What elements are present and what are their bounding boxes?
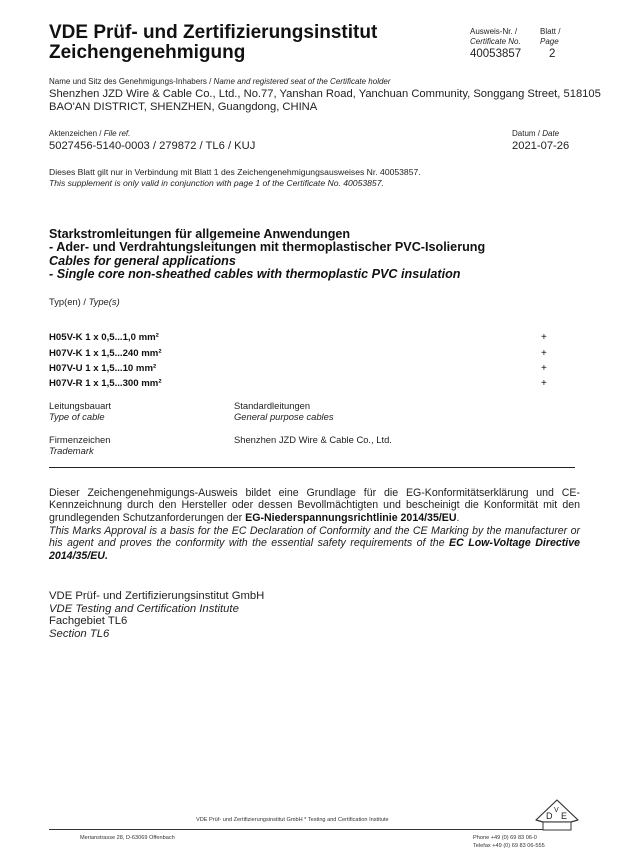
trademark-label: Firmenzeichen Trademark [49,434,110,456]
certificate-label-en: Certificate No. [470,37,521,47]
holder-address: Shenzhen JZD Wire & Cable Co., Ltd., No.… [49,88,601,114]
cable-type-label-de: Leitungsbauart [49,400,111,411]
date-value: 2021-07-26 [512,140,569,153]
page-number-block: Blatt / Page 2 [540,27,560,61]
type-name: H07V-U 1 x 1,5...10 mm² [49,363,156,374]
document-title: VDE Prüf- und Zertifizierungsinstitut Ze… [49,23,377,63]
certificate-label-de: Ausweis-Nr. / [470,27,521,37]
signature-section-de: Fachgebiet TL6 [49,615,264,628]
conformity-statement-en: This Marks Approval is a basis for the E… [49,525,580,562]
validity-note-en: This supplement is only valid in conjunc… [49,178,421,189]
section-separator [49,467,575,468]
page-number: 2 [540,47,560,61]
title-line-2: Zeichengenehmigung [49,43,377,63]
type-mark: + [541,332,547,343]
footer-telefax: Telefax +49 (0) 69 83 06-555 [473,842,545,850]
validity-note: Dieses Blatt gilt nur in Verbindung mit … [49,167,421,189]
footer-phone: Phone +49 (0) 69 83 06-0 [473,834,545,842]
holder-address-line-1: Shenzhen JZD Wire & Cable Co., Ltd., No.… [49,88,601,101]
product-heading-de-2: - Ader- und Verdrahtungsleitungen mit th… [49,241,485,254]
cable-type-value: Standardleitungen General purpose cables [234,400,334,422]
date-label-en: Date [542,129,559,138]
date-label: Datum / Date [512,129,559,139]
type-row: H07V-R 1 x 1,5...300 mm² + [49,378,549,393]
signature-block: VDE Prüf- und Zertifizierungsinstitut Gm… [49,590,264,640]
type-name: H07V-R 1 x 1,5...300 mm² [49,378,162,389]
validity-note-de: Dieses Blatt gilt nur in Verbindung mit … [49,167,421,178]
type-mark: + [541,378,547,389]
page-label-en: Page [540,37,560,47]
certificate-number: 40053857 [470,47,521,61]
signature-institute-de: VDE Prüf- und Zertifizierungsinstitut Gm… [49,590,264,603]
cable-type-value-de: Standardleitungen [234,400,334,411]
footer-institute: VDE Prüf- und Zertifizierungsinstitut Gm… [196,816,389,824]
types-label-en: Type(s) [89,296,120,307]
type-mark: + [541,363,547,374]
conformity-statement-de: Dieser Zeichengenehmigungs-Ausweis bilde… [49,487,580,524]
type-name: H05V-K 1 x 0,5...1,0 mm² [49,332,159,343]
signature-section-en: Section TL6 [49,628,264,641]
footer-address: Merianstrasse 28, D-63069 Offenbach [80,834,175,842]
trademark-label-en: Trademark [49,445,110,456]
svg-text:V: V [554,807,559,814]
trademark-value: Shenzhen JZD Wire & Cable Co., Ltd. [234,434,392,445]
product-heading: Starkstromleitungen für allgemeine Anwen… [49,228,485,281]
footer-contact: Phone +49 (0) 69 83 06-0 Telefax +49 (0)… [473,834,545,850]
svg-text:D: D [546,811,553,821]
type-row: H07V-U 1 x 1,5...10 mm² + [49,363,549,378]
conformity-de-end: . [457,512,460,524]
date-label-de: Datum / [512,129,542,138]
certificate-number-block: Ausweis-Nr. / Certificate No. 40053857 [470,27,521,61]
type-name: H07V-K 1 x 1,5...240 mm² [49,348,162,359]
trademark-label-de: Firmenzeichen [49,434,110,445]
file-ref-value: 5027456-5140-0003 / 279872 / TL6 / KUJ [49,140,255,153]
file-ref-label-de: Aktenzeichen / [49,129,104,138]
signature-institute-en: VDE Testing and Certification Institute [49,603,264,616]
type-row: H05V-K 1 x 0,5...1,0 mm² + [49,332,549,347]
product-heading-en-2: - Single core non-sheathed cables with t… [49,268,485,281]
type-row: H07V-K 1 x 1,5...240 mm² + [49,348,549,363]
cable-type-value-en: General purpose cables [234,411,334,422]
file-ref-label: Aktenzeichen / File ref. [49,129,130,139]
svg-text:E: E [561,811,567,821]
holder-address-line-2: BAO'AN DISTRICT, SHENZHEN, Guangdong, CH… [49,101,601,114]
cable-type-label: Leitungsbauart Type of cable [49,400,111,422]
footer-separator [49,829,569,830]
holder-label-de: Name und Sitz des Genehmigungs-Inhabers … [49,77,214,86]
holder-label-en: Name and registered seat of the Certific… [214,77,391,86]
conformity-de-directive: EG-Niederspannungsrichtlinie 2014/35/EU [245,512,456,524]
cable-type-label-en: Type of cable [49,411,111,422]
types-label: Typ(en) / Type(s) [49,296,120,307]
title-line-1: VDE Prüf- und Zertifizierungsinstitut [49,23,377,43]
file-ref-label-en: File ref. [104,129,131,138]
vde-logo-icon: D V E [534,798,580,832]
holder-label: Name und Sitz des Genehmigungs-Inhabers … [49,77,391,87]
page-label-de: Blatt / [540,27,560,37]
type-mark: + [541,348,547,359]
types-label-de: Typ(en) / [49,296,89,307]
